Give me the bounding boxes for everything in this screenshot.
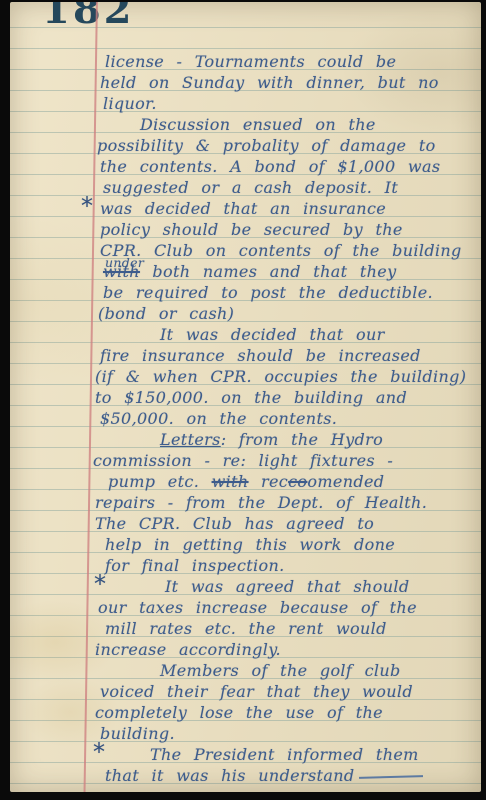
ink-text — [359, 775, 423, 779]
manuscript-line: *was decided that an insurance — [10, 198, 481, 219]
ink-text: repairs - from the Dept. of Health. — [95, 493, 427, 512]
manuscript-line: It was decided that our — [10, 324, 481, 345]
manuscript-line: (if & when CPR. occupies the building) — [10, 366, 481, 387]
ink-text: help in getting this work done — [105, 535, 395, 554]
ink-text: completely lose the use of the — [95, 703, 383, 722]
ink-text: policy should be secured by the — [100, 220, 403, 239]
manuscript-line: possibility & probality of damage to — [10, 135, 481, 156]
page-number: 182 — [42, 2, 135, 33]
photo-background: 182 license - Tournaments could beheld o… — [0, 0, 486, 800]
ink-text: Letters — [160, 430, 221, 449]
ink-text: Members of the golf club — [160, 661, 401, 680]
ink-text: $50,000. on the contents. — [100, 409, 337, 428]
manuscript-line: underwith both names and that they — [10, 261, 481, 282]
ink-text: mill rates etc. the rent would — [105, 619, 387, 638]
manuscript-line: (bond or cash) — [10, 303, 481, 324]
ink-text: The President informed them — [150, 745, 419, 764]
ink-text: : from the Hydro — [221, 430, 383, 449]
manuscript-line: voiced their fear that they would — [10, 681, 481, 702]
manuscript-line: $50,000. on the contents. — [10, 408, 481, 429]
manuscript-line: help in getting this work done — [10, 534, 481, 555]
margin-asterisk: * — [81, 199, 93, 213]
manuscript-line: completely lose the use of the — [10, 702, 481, 723]
manuscript-line: policy should be secured by the — [10, 219, 481, 240]
ink-text: our taxes increase because of the — [98, 598, 417, 617]
ink-text: pump etc. — [108, 472, 212, 491]
ink-text: omended — [307, 472, 384, 491]
ink-text: for final inspection. — [105, 556, 285, 575]
ink-text: that it was his understand — [105, 766, 354, 785]
ledger-page: 182 license - Tournaments could beheld o… — [10, 2, 481, 792]
ink-text: possibility & probality of damage to — [97, 136, 436, 155]
manuscript-line: liquor. — [10, 93, 481, 114]
manuscript-line: building. — [10, 723, 481, 744]
margin-asterisk: * — [94, 577, 106, 591]
ink-text: The CPR. Club has agreed to — [95, 514, 374, 533]
handwritten-text: license - Tournaments could beheld on Su… — [10, 51, 481, 786]
ink-text: rec — [249, 472, 289, 491]
ink-text: building. — [100, 724, 175, 743]
ink-text: held on Sunday with dinner, but no — [100, 73, 439, 92]
ink-text: was decided that an insurance — [100, 199, 386, 218]
ink-text: both names and that they — [140, 262, 397, 281]
manuscript-line: The CPR. Club has agreed to — [10, 513, 481, 534]
ink-text: license - Tournaments could be — [105, 52, 396, 71]
manuscript-line: *It was agreed that should — [10, 576, 481, 597]
ink-text: commission - re: light fixtures - — [93, 451, 393, 470]
ink-text: voiced their fear that they would — [100, 682, 413, 701]
manuscript-line: our taxes increase because of the — [10, 597, 481, 618]
manuscript-line: fire insurance should be increased — [10, 345, 481, 366]
ink-text: It was agreed that should — [165, 577, 409, 596]
manuscript-line: license - Tournaments could be — [10, 51, 481, 72]
ink-text: increase accordingly. — [95, 640, 281, 659]
ink-text: liquor. — [103, 94, 157, 113]
manuscript-line: mill rates etc. the rent would — [10, 618, 481, 639]
manuscript-line: commission - re: light fixtures - — [10, 450, 481, 471]
ink-text: (bond or cash) — [98, 304, 234, 323]
manuscript-line: the contents. A bond of $1,000 was — [10, 156, 481, 177]
manuscript-line: Discussion ensued on the — [10, 114, 481, 135]
manuscript-line: pump etc. with reccoomended — [10, 471, 481, 492]
manuscript-line: Members of the golf club — [10, 660, 481, 681]
manuscript-line: repairs - from the Dept. of Health. — [10, 492, 481, 513]
manuscript-line: to $150,000. on the building and — [10, 387, 481, 408]
ink-text: suggested or a cash deposit. It — [103, 178, 398, 197]
ink-text: Discussion ensued on the — [140, 115, 376, 134]
margin-asterisk: * — [93, 745, 105, 759]
manuscript-line: for final inspection. — [10, 555, 481, 576]
manuscript-line: *The President informed them — [10, 744, 481, 765]
ink-text: co — [288, 472, 307, 491]
ink-text: It was decided that our — [160, 325, 385, 344]
manuscript-line: that it was his understand — [10, 765, 481, 786]
ink-text: be required to post the deductible. — [103, 283, 433, 302]
ink-text: fire insurance should be increased — [100, 346, 421, 365]
ink-text: CPR. Club on contents of the building — [100, 241, 462, 260]
ink-text: (if & when CPR. occupies the building) — [95, 367, 466, 386]
manuscript-line: Letters: from the Hydro — [10, 429, 481, 450]
manuscript-line: be required to post the deductible. — [10, 282, 481, 303]
manuscript-line: CPR. Club on contents of the building — [10, 240, 481, 261]
ink-text: with — [212, 472, 249, 491]
manuscript-line: held on Sunday with dinner, but no — [10, 72, 481, 93]
manuscript-line: increase accordingly. — [10, 639, 481, 660]
ink-text: to $150,000. on the building and — [95, 388, 407, 407]
ink-text: the contents. A bond of $1,000 was — [100, 157, 440, 176]
